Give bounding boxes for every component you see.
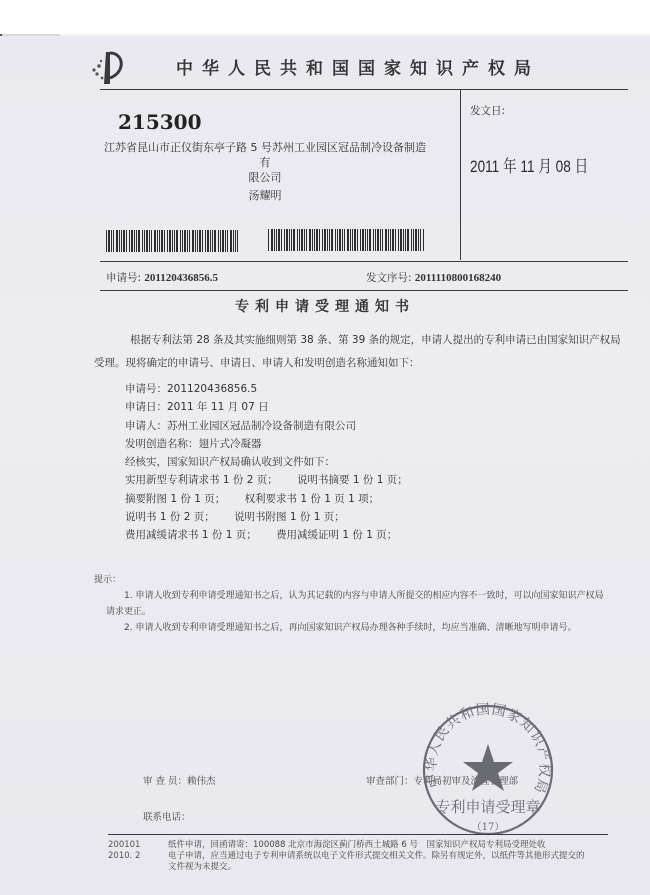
form-code: 200101 2010. 2 <box>108 840 140 862</box>
footer-line-3: 文件视为未提交。 <box>168 862 608 873</box>
barcode-right <box>268 229 424 251</box>
received-file: 权利要求书 1 份 1 页 1 项； <box>245 493 380 505</box>
received-file: 说明书附图 1 份 1 页； <box>234 511 345 523</box>
field-filing-date: 申请日：2011 年 11 月 07 日 <box>125 398 408 416</box>
address-line-1: 江苏省昆山市正仪街东亭子路 5 号苏州工业园区冠品制冷设备制造有 <box>100 140 430 170</box>
application-number: 201120436856.5 <box>144 272 218 284</box>
application-number-label: 申请号: <box>106 272 141 284</box>
official-seal-icon: 中华人民共和国国家知识产权局 专利申请受理章 （17） <box>418 700 558 840</box>
serial-number: 2011110800168240 <box>415 272 501 284</box>
examiner: 审 查 员：赖伟杰 <box>143 773 216 787</box>
tip-1: 1. 申请人收到专利申请受理通知书之后，认为其记载的内容与申请人所提交的相应内容… <box>106 588 626 604</box>
recipient-postcode: 215300 <box>118 110 202 134</box>
field-invention-name: 发明创造名称：翅片式冷凝器 <box>125 435 408 453</box>
application-details: 申请号：201120436856.5 申请日：2011 年 11 月 07 日 … <box>125 380 408 545</box>
contact-phone-label: 联系电话： <box>143 809 191 823</box>
received-file: 费用减缓请求书 1 份 1 页； <box>125 529 257 541</box>
field-applicant: 申请人：苏州工业园区冠品制冷设备制造有限公司 <box>125 417 408 435</box>
footer-instructions: 纸件申请，回函请寄：100088 北京市海淀区蓟门桥西土城路 6 号 国家知识产… <box>168 840 608 873</box>
received-file: 说明书摘要 1 份 1 页； <box>297 474 408 486</box>
field-application-number: 申请号：201120436856.5 <box>125 380 408 398</box>
agency-name: 中华人民共和国国家知识产权局 <box>176 54 540 79</box>
intro-line-2: 受理。现将确定的申请号、申请日、申请人和发明创造名称通知如下： <box>94 352 626 375</box>
form-number: 200101 <box>108 840 140 851</box>
application-number-row: 申请号: 201120436856.5 <box>106 270 218 285</box>
recipient-address: 江苏省昆山市正仪街东亭子路 5 号苏州工业园区冠品制冷设备制造有 限公司 汤耀明 <box>100 140 430 203</box>
received-file: 费用减缓证明 1 份 1 页； <box>276 529 397 541</box>
footer-line-2: 电子申请，应当通过电子专利申请系统以电子文件形式提交相关文件。除另有规定外，以纸… <box>168 851 608 862</box>
issue-date: 2011 年 11 月 08 日 <box>470 152 588 177</box>
tips-heading: 提示： <box>94 572 626 588</box>
contact-name: 汤耀明 <box>100 188 430 203</box>
serial-number-label: 发文序号: <box>366 272 412 284</box>
form-version: 2010. 2 <box>108 851 140 862</box>
column-divider <box>460 90 461 260</box>
issue-date-label: 发文日: <box>470 103 505 118</box>
footer-divider <box>108 834 608 835</box>
received-file-row: 费用减缓请求书 1 份 1 页； 费用减缓证明 1 份 1 页； <box>125 526 408 544</box>
document-title: 专利申请受理通知书 <box>0 296 650 316</box>
tips-section: 提示： 1. 申请人收到专利申请受理通知书之后，认为其记载的内容与申请人所提交的… <box>106 572 626 636</box>
intro-paragraph: 根据专利法第 28 条及其实施细则第 38 条、第 39 条的规定，申请人提出的… <box>106 329 626 375</box>
seal-number: （17） <box>472 821 505 833</box>
serial-number-row: 发文序号: 2011110800168240 <box>366 270 501 285</box>
received-file-row: 实用新型专利请求书 1 份 2 页； 说明书摘要 1 份 1 页； <box>125 471 408 489</box>
received-file-row: 摘要附图 1 份 1 页； 权利要求书 1 份 1 页 1 项； <box>125 490 408 508</box>
tip-2: 2. 申请人收到专利申请受理通知书之后，再向国家知识产权局办理各种手续时，均应当… <box>106 620 626 636</box>
footer-line-1: 纸件申请，回函请寄：100088 北京市海淀区蓟门桥西土城路 6 号 国家知识产… <box>168 840 608 851</box>
received-file-row: 说明书 1 份 2 页； 说明书附图 1 份 1 页； <box>125 508 408 526</box>
barcode-divider <box>100 261 628 262</box>
received-file: 实用新型专利请求书 1 份 2 页； <box>125 474 278 486</box>
received-file: 摘要附图 1 份 1 页； <box>125 493 225 505</box>
received-file: 说明书 1 份 2 页； <box>125 511 215 523</box>
tip-1-continued: 请求更正。 <box>106 604 626 620</box>
intro-line-1: 根据专利法第 28 条及其实施细则第 38 条、第 39 条的规定，申请人提出的… <box>94 329 626 352</box>
header-divider <box>100 89 628 90</box>
address-line-2: 限公司 <box>100 170 430 185</box>
barcode-left <box>106 230 238 252</box>
seal-center-text: 专利申请受理章 <box>435 798 540 816</box>
cnipa-logo-icon <box>88 48 128 88</box>
meta-divider <box>100 290 628 291</box>
field-verified: 经核实，国家知识产权局确认收到文件如下： <box>125 453 408 471</box>
